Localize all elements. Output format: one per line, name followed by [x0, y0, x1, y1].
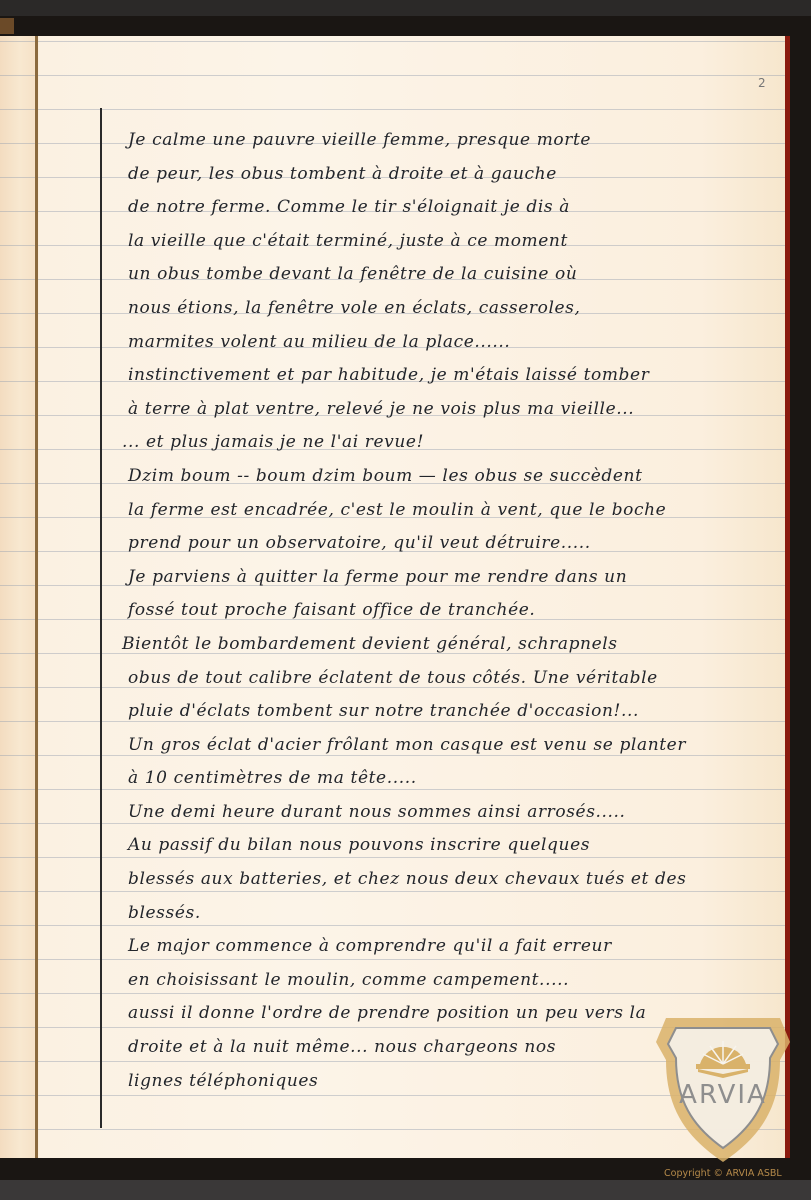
page-gutter-fold — [35, 36, 38, 1158]
text-line: en choisissant le moulin, comme campemen… — [128, 964, 778, 998]
book-binding-edge — [0, 18, 14, 34]
text-line: Le major commence à comprendre qu'il a f… — [128, 930, 778, 964]
text-line: Bientôt le bombardement devient général,… — [122, 628, 778, 662]
text-line: Au passif du bilan nous pouvons inscrire… — [128, 829, 778, 863]
logo-text: ARVIA — [652, 1080, 794, 1110]
text-line: blessés aux batteries, et chez nous deux… — [128, 863, 778, 897]
text-line: Une demi heure durant nous sommes ainsi … — [128, 796, 778, 830]
handwritten-text: Je calme une pauvre vieille femme, presq… — [128, 124, 778, 1098]
text-line: Un gros éclat d'acier frôlant mon casque… — [128, 729, 778, 763]
margin-line — [100, 108, 102, 1128]
text-line: nous étions, la fenêtre vole en éclats, … — [128, 292, 778, 326]
text-line: Je parviens à quitter la ferme pour me r… — [128, 561, 778, 595]
text-line: la vieille que c'était terminé, juste à … — [128, 225, 778, 259]
copyright-notice: Copyright © ARVIA ASBL — [664, 1168, 782, 1179]
text-line: de notre ferme. Comme le tir s'éloignait… — [128, 191, 778, 225]
arvia-watermark-logo: ARVIA — [652, 1006, 794, 1166]
text-line: la ferme est encadrée, c'est le moulin à… — [128, 494, 778, 528]
text-line: obus de tout calibre éclatent de tous cô… — [128, 662, 778, 696]
text-line: pluie d'éclats tombent sur notre tranché… — [128, 695, 778, 729]
page-edge-red — [785, 36, 790, 1158]
scan-background-bottom — [0, 1180, 811, 1200]
text-line: blessés. — [128, 897, 778, 931]
page-number: 2 — [758, 76, 766, 90]
text-line: un obus tombe devant la fenêtre de la cu… — [128, 258, 778, 292]
text-line: ... et plus jamais je ne l'ai revue! — [122, 426, 778, 460]
text-line: marmites volent au milieu de la place...… — [128, 326, 778, 360]
scan-background-top — [0, 0, 811, 16]
text-line: à terre à plat ventre, relevé je ne vois… — [128, 393, 778, 427]
text-line: prend pour un observatoire, qu'il veut d… — [128, 527, 778, 561]
text-line: à 10 centimètres de ma tête..... — [128, 762, 778, 796]
text-line: fossé tout proche faisant office de tran… — [128, 594, 778, 628]
notebook-page: 2 Je calme une pauvre vieille femme, pre… — [0, 36, 790, 1158]
text-line: Dzim boum -- boum dzim boum — les obus s… — [128, 460, 778, 494]
text-line: instinctivement et par habitude, je m'ét… — [128, 359, 778, 393]
text-line: Je calme une pauvre vieille femme, presq… — [128, 124, 778, 158]
text-line: de peur, les obus tombent à droite et à … — [128, 158, 778, 192]
